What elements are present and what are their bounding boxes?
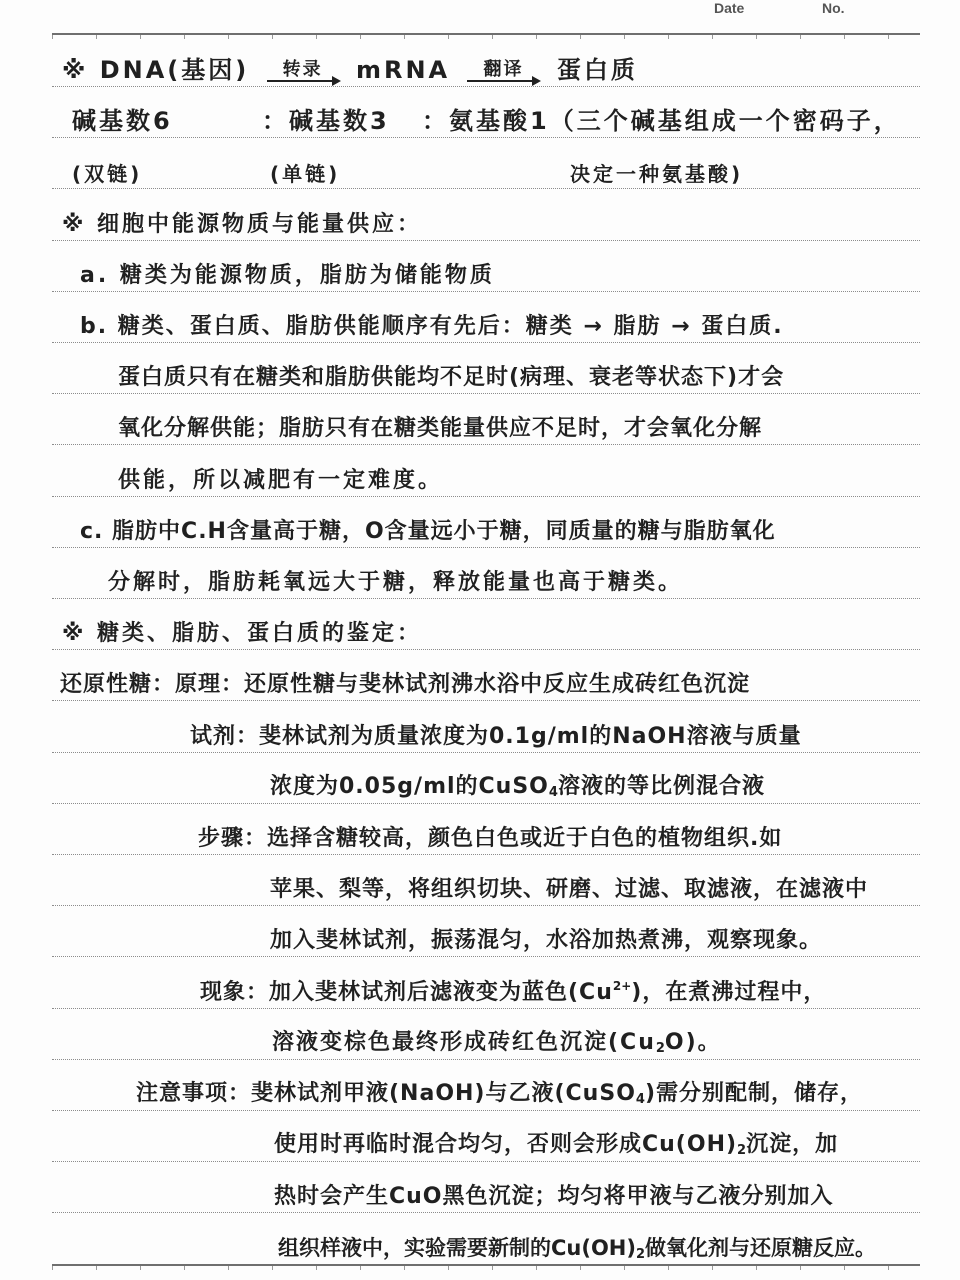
double-strand-label: (双链) [72, 164, 270, 184]
note-line-notes-3: 热时会产生CuO黑色沉淀；均匀将甲液与乙液分别加入 [52, 1162, 920, 1213]
notebook-header: Date No. [0, 0, 960, 34]
note-line-dogma: ※ DNA(基因) 转录 mRNA 翻译 蛋白质 [52, 36, 920, 87]
note-line-energy-a: a. 糖类为能源物质，脂肪为储能物质 [52, 241, 920, 292]
dogma-target: 蛋白质 [557, 56, 638, 84]
subscript: 2 [656, 1041, 665, 1056]
note-line-steps-3: 加入斐林试剂，振荡混匀，水浴加热煮沸，观察现象。 [52, 906, 920, 957]
phenomenon-desc-1-tail: )，在煮沸过程中， [631, 980, 826, 1005]
section-title-identification: ※ 糖类、脂肪、蛋白质的鉴定： [52, 623, 422, 649]
energy-item-b-cont2: 氧化分解供能；脂肪只有在糖类能量供应不足时，才会氧化分解 [52, 418, 762, 444]
precautions-desc-2: 使用时再临时混合均匀，否则会形成Cu(OH) [274, 1132, 737, 1157]
note-line-phenomenon-2: 溶液变棕色最终形成砖红色沉淀(Cu2O)。 [52, 1009, 920, 1060]
ratio-part-amino: ：氨基酸1（三个碱基组成一个密码子， [422, 109, 901, 133]
note-line-ident-title: ※ 糖类、脂肪、蛋白质的鉴定： [52, 599, 920, 650]
note-line-principle: 还原性糖：原理：还原性糖与斐林试剂沸水浴中反应生成砖红色沉淀 [52, 650, 920, 701]
note-line-reagent-1: 试剂：斐林试剂为质量浓度为0.1g/ml的NaOH溶液与质量 [52, 702, 920, 753]
note-line-energy-c-cont1: 分解时，脂肪耗氧远大于糖，释放能量也高于糖类。 [52, 548, 920, 599]
energy-item-b-cont1: 蛋白质只有在糖类和脂肪供能均不足时(病理、衰老等状态下)才会 [52, 367, 784, 393]
note-line-phenomenon-1: 现象：加入斐林试剂后滤液变为蓝色(Cu2+)，在煮沸过程中， [52, 958, 920, 1009]
reagent-desc-1: 试剂：斐林试剂为质量浓度为0.1g/ml的NaOH溶液与质量 [52, 726, 802, 752]
arrow-right-icon [267, 80, 339, 82]
steps-desc-1: 步骤：选择含糖较高，颜色白色或近于白色的植物组织.如 [52, 828, 782, 854]
steps-desc-2: 苹果、梨等，将组织切块、研磨、过滤、取滤液，在滤液中 [52, 879, 868, 905]
precautions-desc-4-tail: 做氧化剂与还原糖反应。 [645, 1236, 876, 1260]
reagent-desc-2-tail: 溶液的等比例混合液 [558, 774, 765, 799]
phenomenon-desc-1: 现象：加入斐林试剂后滤液变为蓝色(Cu [200, 980, 613, 1005]
codon-note: 决定一种氨基酸) [570, 164, 743, 184]
bottom-rule-ticks [52, 1266, 920, 1270]
note-line-energy-title: ※ 细胞中能源物质与能量供应： [52, 190, 920, 241]
section-title-energy: ※ 细胞中能源物质与能量供应： [52, 214, 422, 240]
note-line-energy-b-cont3: 供能，所以减肥有一定难度。 [52, 446, 920, 497]
note-line-energy-b: b. 糖类、蛋白质、脂肪供能顺序有先后：糖类 → 脂肪 → 蛋白质. [52, 292, 920, 343]
energy-item-b: b. 糖类、蛋白质、脂肪供能顺序有先后：糖类 → 脂肪 → 蛋白质. [52, 316, 784, 342]
note-line-steps-1: 步骤：选择含糖较高，颜色白色或近于白色的植物组织.如 [52, 804, 920, 855]
bullet-mark: ※ [62, 56, 88, 84]
note-line-notes-1: 注意事项：斐林试剂甲液(NaOH)与乙液(CuSO4)需分别配制，储存， [52, 1060, 920, 1111]
energy-item-a: a. 糖类为能源物质，脂肪为储能物质 [52, 265, 495, 291]
translation-arrow: 翻译 [467, 61, 539, 82]
ratio-part-mrna: ：碱基数3 [262, 109, 422, 133]
subscript: 2 [737, 1143, 746, 1158]
phenomenon-desc-2: 溶液变棕色最终形成砖红色沉淀(Cu [272, 1030, 656, 1055]
steps-desc-3: 加入斐林试剂，振荡混匀，水浴加热煮沸，观察现象。 [52, 930, 822, 956]
number-label: No. [822, 0, 845, 16]
note-line-energy-b-cont1: 蛋白质只有在糖类和脂肪供能均不足时(病理、衰老等状态下)才会 [52, 343, 920, 394]
single-strand-label: (单链) [270, 164, 570, 184]
ratio-part-dna: 碱基数6 [72, 109, 262, 133]
note-line-notes-4: 组织样液中，实验需要新制的Cu(OH)2做氧化剂与还原糖反应。 [52, 1214, 920, 1265]
phenomenon-desc-2-tail: O)。 [665, 1030, 722, 1055]
energy-item-c: c. 脂肪中C.H含量高于糖，O含量远小于糖，同质量的糖与脂肪氧化 [52, 521, 776, 547]
note-line-ratio-sub: (双链)(单链)决定一种氨基酸) [52, 138, 920, 189]
reducing-sugar-principle: 还原性糖：原理：还原性糖与斐林试剂沸水浴中反应生成砖红色沉淀 [52, 674, 750, 700]
note-line-steps-2: 苹果、梨等，将组织切块、研磨、过滤、取滤液，在滤液中 [52, 855, 920, 906]
note-line-notes-2: 使用时再临时混合均匀，否则会形成Cu(OH)2沉淀，加 [52, 1111, 920, 1162]
arrow-right-icon [467, 80, 539, 82]
subscript: 2 [636, 1247, 645, 1262]
transcription-arrow: 转录 [267, 61, 339, 82]
subscript: 4 [636, 1092, 645, 1107]
precautions-desc-2-tail: 沉淀，加 [746, 1132, 838, 1157]
subscript: 4 [549, 785, 558, 800]
precautions-desc-3: 热时会产生CuO黑色沉淀；均匀将甲液与乙液分别加入 [52, 1186, 834, 1212]
energy-item-b-cont3: 供能，所以减肥有一定难度。 [52, 470, 443, 496]
translation-label: 翻译 [483, 61, 523, 79]
dogma-middle: mRNA [356, 56, 450, 84]
date-label: Date [714, 0, 744, 16]
note-line-energy-c: c. 脂肪中C.H含量高于糖，O含量远小于糖，同质量的糖与脂肪氧化 [52, 497, 920, 548]
precautions-desc-1: 注意事项：斐林试剂甲液(NaOH)与乙液(CuSO [136, 1081, 636, 1106]
energy-item-c-cont1: 分解时，脂肪耗氧远大于糖，释放能量也高于糖类。 [52, 572, 683, 598]
note-line-reagent-2: 浓度为0.05g/ml的CuSO4溶液的等比例混合液 [52, 753, 920, 804]
note-line-ratio: 碱基数6：碱基数3：氨基酸1（三个碱基组成一个密码子， [52, 87, 920, 138]
precautions-desc-4: 组织样液中，实验需要新制的Cu(OH) [278, 1236, 636, 1260]
precautions-desc-1-tail: )需分别配制，储存， [645, 1081, 863, 1106]
superscript: 2+ [613, 979, 631, 993]
reagent-desc-2: 浓度为0.05g/ml的CuSO [270, 774, 549, 799]
transcription-label: 转录 [283, 61, 323, 79]
dogma-source: DNA(基因) [100, 56, 250, 84]
note-line-energy-b-cont2: 氧化分解供能；脂肪只有在糖类能量供应不足时，才会氧化分解 [52, 394, 920, 445]
